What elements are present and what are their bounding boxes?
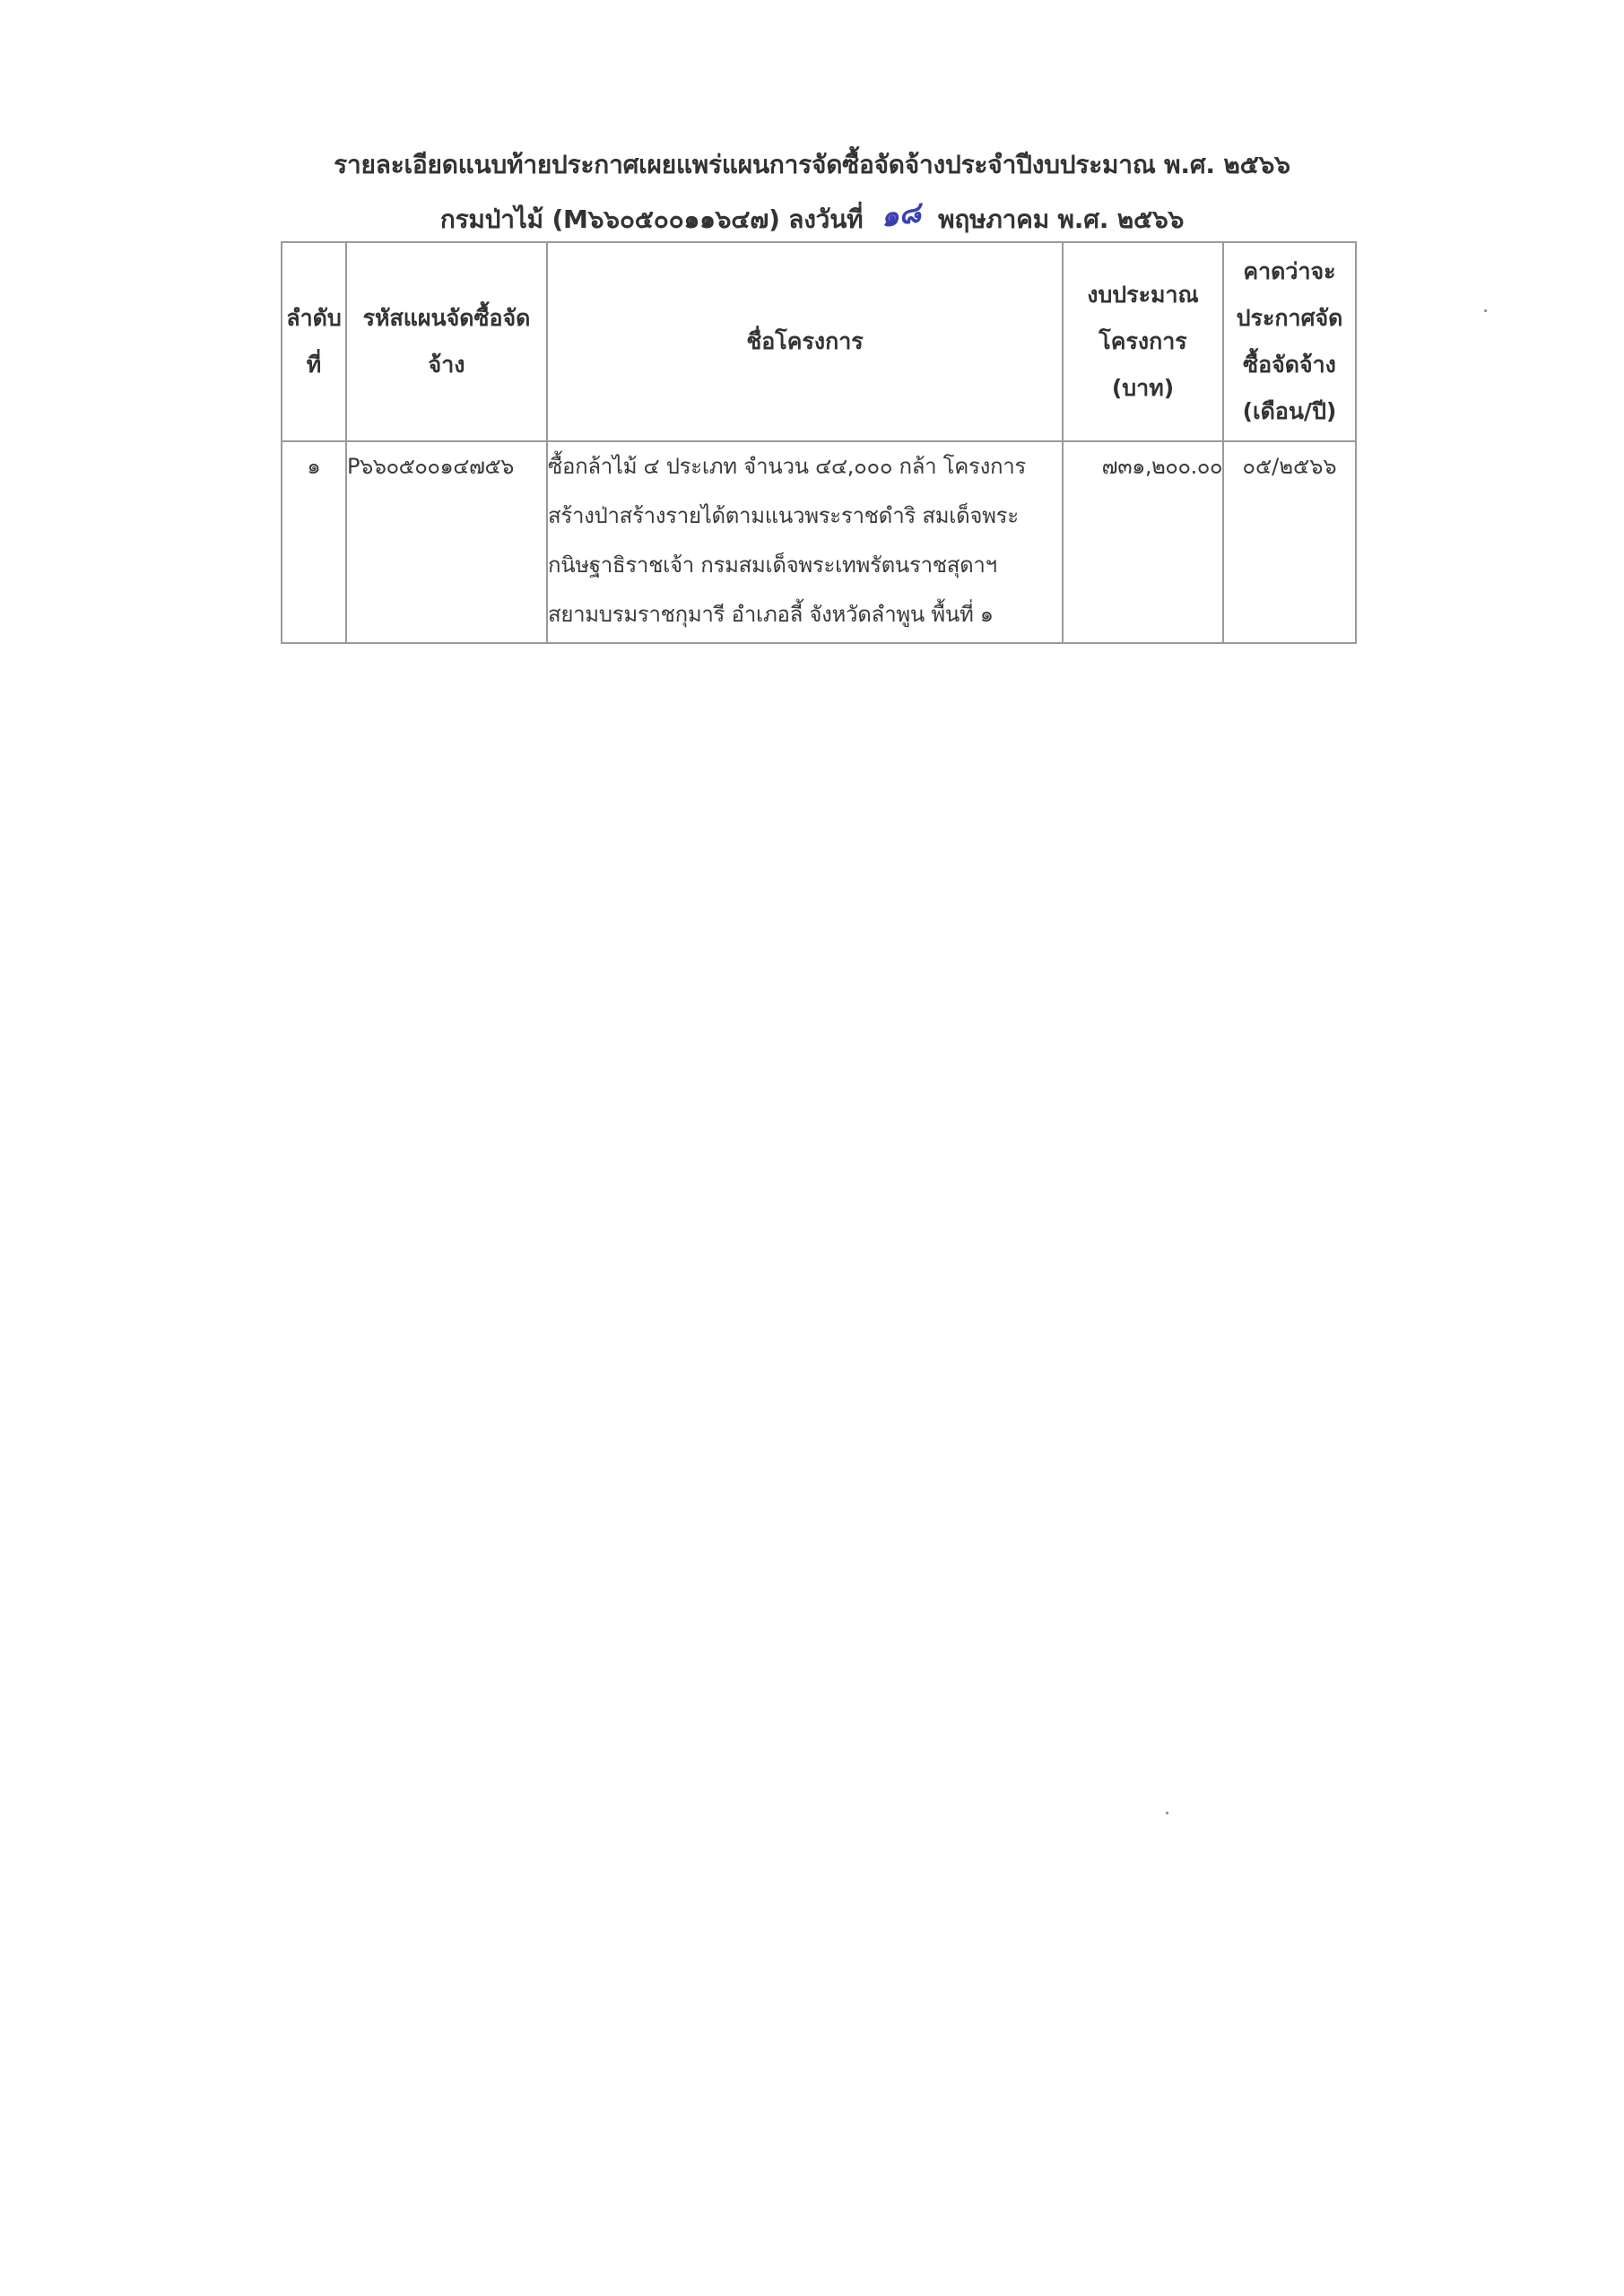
- header-month-line: ประกาศจัด: [1224, 295, 1355, 342]
- header-no-line: ลำดับ: [282, 295, 345, 342]
- scan-speck: [1166, 1812, 1168, 1814]
- project-name-line: สยามบรมราชกุมารี อำเภอลี้ จังหวัดลำพูน พ…: [548, 590, 1062, 639]
- header-code-line: รหัสแผนจัดซื้อจัด: [347, 295, 546, 342]
- header-month-line: คาดว่าจะ: [1224, 248, 1355, 295]
- header-budget-line: โครงการ: [1064, 318, 1222, 365]
- handwritten-day: ๑๘: [878, 189, 924, 240]
- cell-budget: ๗๓๑,๒๐๐.๐๐: [1063, 441, 1223, 643]
- header-budget-line: งบประมาณ: [1064, 272, 1222, 318]
- document-subtitle: กรมป่าไม้ (M๖๖๐๕๐๐๑๑๖๔๗) ลงวันที่ ๑๘ พฤษ…: [0, 196, 1624, 241]
- header-expected-month: คาดว่าจะ ประกาศจัด ซื้อจัดจ้าง (เดือน/ปี…: [1223, 242, 1356, 441]
- header-no-line: ที่: [282, 342, 345, 388]
- project-name-line: กนิษฐาธิราชเจ้า กรมสมเด็จพระเทพรัตนราชสุ…: [548, 541, 1062, 590]
- header-plan-code: รหัสแผนจัดซื้อจัด จ้าง: [346, 242, 547, 441]
- header-name-line: ชื่อโครงการ: [548, 318, 1062, 365]
- scan-speck: [1484, 309, 1487, 312]
- subtitle-prefix: กรมป่าไม้ (M๖๖๐๕๐๐๑๑๖๔๗) ลงวันที่: [440, 204, 864, 234]
- header-no: ลำดับ ที่: [282, 242, 346, 441]
- project-name-line: ซื้อกล้าไม้ ๔ ประเภท จำนวน ๔๔,๐๐๐ กล้า โ…: [548, 442, 1062, 491]
- header-project-name: ชื่อโครงการ: [547, 242, 1063, 441]
- table-header-row: ลำดับ ที่ รหัสแผนจัดซื้อจัด จ้าง ชื่อโคร…: [282, 242, 1356, 441]
- cell-no: ๑: [282, 441, 346, 643]
- document-title: รายละเอียดแนบท้ายประกาศเผยแพร่แผนการจัดซ…: [0, 145, 1624, 185]
- subtitle-suffix: พฤษภาคม พ.ศ. ๒๕๖๖: [938, 204, 1184, 234]
- project-name-line: สร้างป่าสร้างรายได้ตามแนวพระราชดำริ สมเด…: [548, 491, 1062, 541]
- header-month-line: ซื้อจัดจ้าง: [1224, 342, 1355, 388]
- cell-project-name: ซื้อกล้าไม้ ๔ ประเภท จำนวน ๔๔,๐๐๐ กล้า โ…: [547, 441, 1063, 643]
- cell-expected-month: ๐๕/๒๕๖๖: [1223, 441, 1356, 643]
- header-code-line: จ้าง: [347, 342, 546, 388]
- procurement-plan-table: ลำดับ ที่ รหัสแผนจัดซื้อจัด จ้าง ชื่อโคร…: [281, 241, 1357, 644]
- header-month-line: (เดือน/ปี): [1224, 388, 1355, 435]
- header-budget-line: (บาท): [1064, 365, 1222, 412]
- header-budget: งบประมาณ โครงการ (บาท): [1063, 242, 1223, 441]
- table-row: ๑ P๖๖๐๕๐๐๑๔๗๕๖ ซื้อกล้าไม้ ๔ ประเภท จำนว…: [282, 441, 1356, 643]
- cell-plan-code: P๖๖๐๕๐๐๑๔๗๕๖: [346, 441, 547, 643]
